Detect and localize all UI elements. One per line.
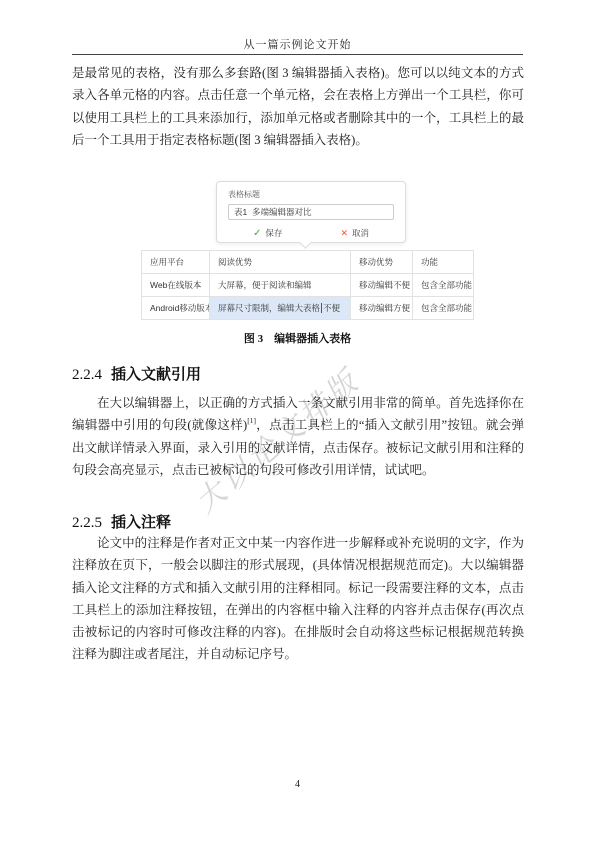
cell-text-after-caret: 不便 <box>323 303 340 313</box>
table-row: Android移动版本 屏幕尺寸限制，编辑大表格不便 移动编辑方便 包含全部功能 <box>142 297 474 320</box>
save-button-label: 保存 <box>265 228 282 238</box>
editor-table: 应用平台 阅读优势 移动优势 功能 Web在线版本 大屏幕，便于阅读和编辑 移动… <box>141 250 474 320</box>
column-header: 功能 <box>413 251 474 274</box>
table-cell[interactable]: 包含全部功能 <box>413 297 474 320</box>
check-icon: ✓ <box>253 228 261 239</box>
text-caret <box>321 303 322 313</box>
section-title: 插入文献引用 <box>111 366 201 383</box>
column-header: 阅读优势 <box>210 251 351 274</box>
cancel-button[interactable]: ✕取消 <box>340 227 369 239</box>
section-heading-2-2-5: 2.2.5插入注释 <box>72 511 171 532</box>
section-2-2-4-paragraph: 在大以编辑器上，以正确的方式插入一条文献引用非常的简单。首先选择你在编辑器中引用… <box>72 392 524 481</box>
running-header: 从一篇示例论文开始 <box>72 36 523 52</box>
table-header-row: 应用平台 阅读优势 移动优势 功能 <box>142 251 474 274</box>
table-cell[interactable]: Web在线版本 <box>142 274 210 297</box>
table-title-label: 表格标题 <box>217 182 405 200</box>
column-header: 移动优势 <box>351 251 413 274</box>
section-number: 2.2.4 <box>72 367 102 383</box>
save-button[interactable]: ✓保存 <box>253 227 282 239</box>
cross-icon: ✕ <box>340 228 348 238</box>
citation-marker: [1] <box>247 416 256 425</box>
table-title-input[interactable] <box>228 204 394 220</box>
header-rule-divider <box>72 54 523 55</box>
section-heading-2-2-4: 2.2.4插入文献引用 <box>72 363 201 384</box>
cancel-button-label: 取消 <box>352 228 369 238</box>
selected-table-cell[interactable]: 屏幕尺寸限制，编辑大表格不便 <box>210 297 351 320</box>
section-2-2-5-paragraph: 论文中的注释是作者对正文中某一内容作进一步解释或补充说明的文字，作为注释放在页下… <box>72 532 524 666</box>
figure-caption: 图 3 编辑器插入表格 <box>72 330 523 346</box>
column-header: 应用平台 <box>142 251 210 274</box>
section-number: 2.2.5 <box>72 515 102 531</box>
page-number: 4 <box>0 779 595 790</box>
table-cell[interactable]: Android移动版本 <box>142 297 210 320</box>
cell-text-before-caret: 屏幕尺寸限制，编辑大表格 <box>218 303 320 313</box>
section-title: 插入注释 <box>111 514 171 531</box>
table-title-popover: 表格标题 ✓保存 ✕取消 <box>216 181 406 243</box>
table-cell[interactable]: 包含全部功能 <box>413 274 474 297</box>
document-page: 大以论文排版 从一篇示例论文开始 是最常见的表格，没有那么多套路(图 3 编辑器… <box>0 0 595 842</box>
table-cell[interactable]: 移动编辑不便 <box>351 274 413 297</box>
intro-paragraph: 是最常见的表格，没有那么多套路(图 3 编辑器插入表格)。您可以以纯文本的方式录… <box>72 62 524 151</box>
table-row: Web在线版本 大屏幕，便于阅读和编辑 移动编辑不便 包含全部功能 <box>142 274 474 297</box>
table-cell[interactable]: 大屏幕，便于阅读和编辑 <box>210 274 351 297</box>
popover-button-row: ✓保存 ✕取消 <box>217 220 405 239</box>
table-cell[interactable]: 移动编辑方便 <box>351 297 413 320</box>
